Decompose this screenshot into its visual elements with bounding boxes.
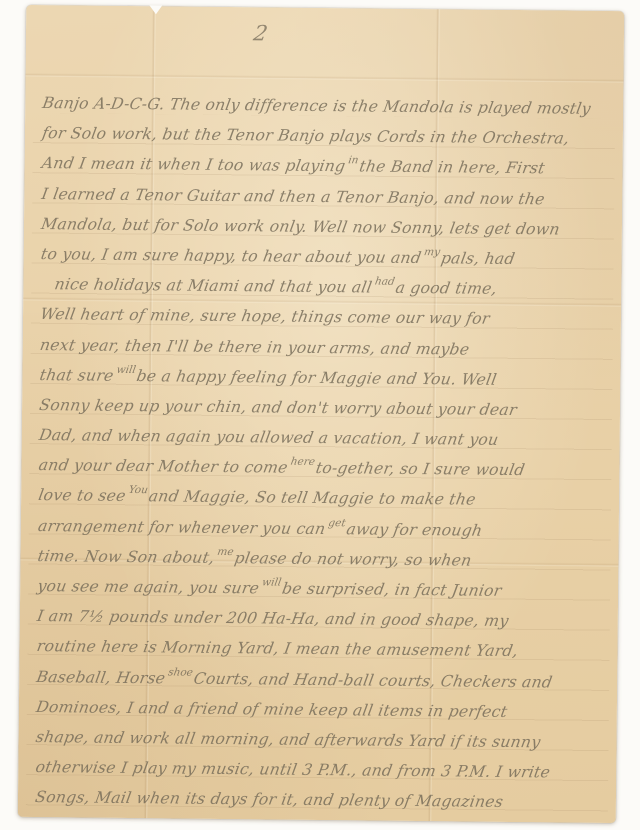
line-text: Courts, and Hand-ball courts, Checkers a…: [192, 669, 553, 691]
line-text: Dad, and when again you allowed a vacati…: [38, 426, 500, 449]
line-text: be a happy feeling for Maggie and You. W…: [135, 367, 498, 389]
letter-line: Songs, Mail when its days for it, and pl…: [33, 782, 615, 818]
inserted-word: had: [372, 267, 397, 297]
line-text: you see me again, you sure: [36, 577, 261, 597]
line-text: arrangement for whenever you can: [37, 517, 327, 538]
top-edge-notch: [149, 5, 162, 14]
line-text: nice holidays at Miami and that you all: [53, 275, 373, 296]
line-text: next year, then I'll be there in your ar…: [39, 336, 471, 358]
line-text: Mandola, but for Solo work only. Well no…: [40, 215, 561, 238]
line-text: and your dear Mother to come: [37, 456, 289, 477]
page-number: 2: [252, 21, 270, 45]
line-text: that sure: [38, 366, 115, 385]
line-text: routine here is Morning Yard, I mean the…: [35, 637, 519, 660]
line-text: the Band in here, First: [358, 158, 546, 178]
line-text: love to see: [37, 486, 127, 505]
letter-body: Banjo A-D-C-G. The only difference is th…: [33, 88, 618, 819]
line-text: time. Now Son about,: [36, 547, 216, 567]
letter-page: 2 Banjo A-D-C-G. The only difference is …: [18, 5, 624, 823]
line-text: Songs, Mail when its days for it, and pl…: [34, 788, 505, 811]
photo-backdrop: 2 Banjo A-D-C-G. The only difference is …: [0, 0, 640, 830]
line-text: shape, and work all morning, and afterwa…: [34, 728, 541, 751]
line-text: be surprised, in fact Junior: [281, 580, 503, 600]
line-text: and Maggie, So tell Maggie to make the: [147, 488, 477, 509]
line-text: I learned a Tenor Guitar and then a Teno…: [40, 185, 546, 208]
line-text: otherwise I play my music, until 3 P.M.,…: [34, 758, 551, 781]
line-text: Banjo A-D-C-G. The only difference is th…: [41, 94, 592, 118]
inserted-word: will: [260, 567, 284, 597]
line-text: Baseball, Horse: [35, 668, 167, 687]
line-text: to you, I am sure happy, to hear about y…: [40, 245, 423, 267]
line-text: Dominoes, I and a friend of mine keep al…: [35, 698, 509, 721]
line-text: please do not worry, so when: [233, 549, 473, 569]
inserted-word: will: [114, 355, 138, 385]
horizontal-fold-crease: [26, 73, 624, 83]
line-text: for Solo work, but the Tenor Banjo plays…: [41, 124, 571, 147]
line-text: Well heart of mine, sure hope, things co…: [39, 305, 491, 328]
line-text: And I mean it when I too was playing: [40, 154, 346, 175]
line-text: pals, had: [440, 249, 517, 268]
line-text: to-gether, so I sure would: [314, 459, 526, 479]
line-text: Sonny keep up your chin, and don't worry…: [38, 396, 518, 419]
line-text: I am 7½ pounds under 200 Ha-Ha, and in g…: [36, 607, 510, 630]
line-text: away for enough: [345, 520, 484, 539]
inserted-word: shoe: [166, 657, 196, 687]
line-text: a good time,: [394, 279, 498, 298]
inserted-word: here: [288, 447, 317, 477]
